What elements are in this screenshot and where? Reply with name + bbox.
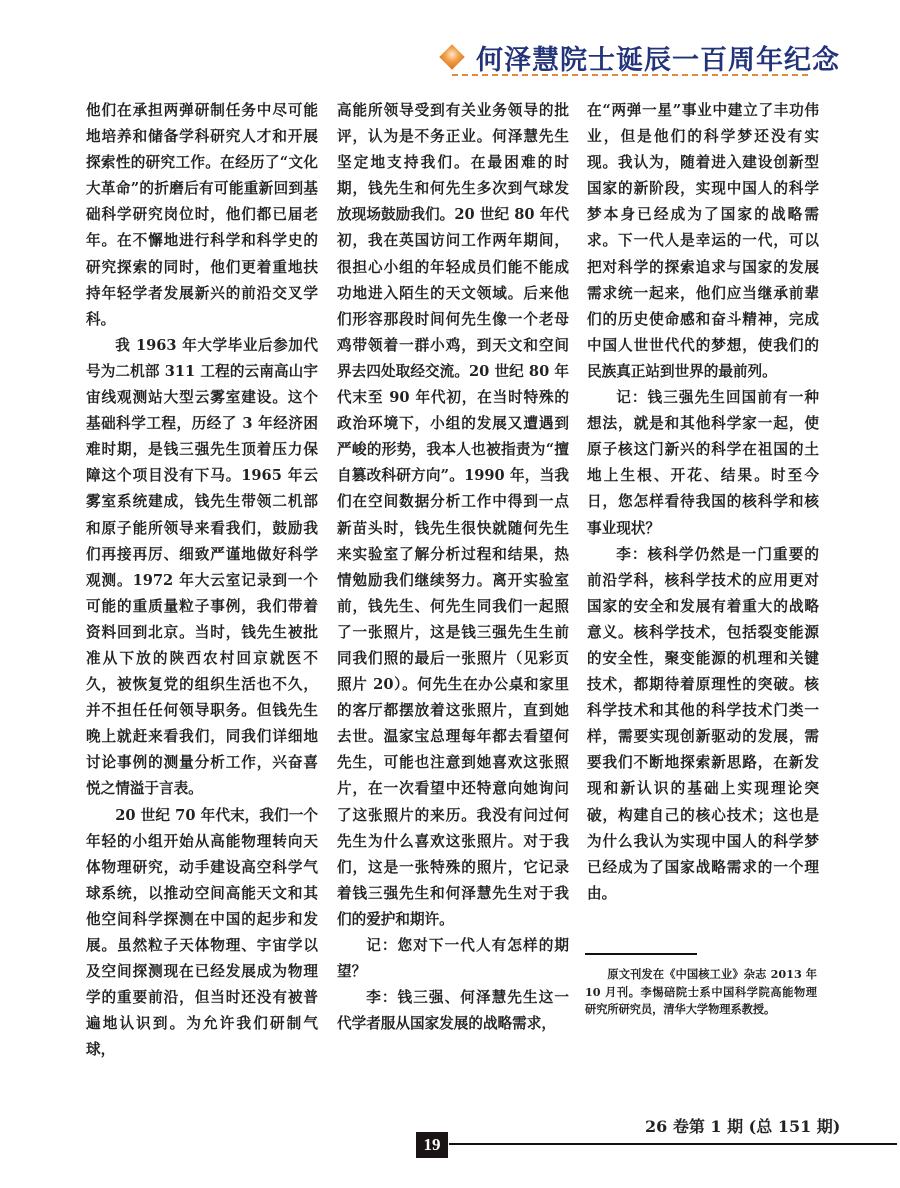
issue-label: 26 卷第 1 期 (总 151 期) [645, 1114, 840, 1137]
paragraph: 20 世纪 70 年代末，我们一个年轻的小组开始从高能物理转向天体物理研究，动手… [86, 803, 318, 1064]
column-3: 在“两弹一星”事业中建立了丰功伟业，但是他们的科学梦还没有实现。我认为，随着进入… [587, 98, 819, 907]
header-dashed-rule [452, 74, 808, 76]
interview-question: 记：钱三强先生回国前有一种想法，就是和其他科学家一起，使原子核这门新兴的科学在祖… [587, 385, 819, 542]
article-body: 他们在承担两弹研制任务中尽可能地培养和储备学科研究人才和开展探索性的研究工作。在… [86, 98, 826, 1098]
column-2: 高能所领导受到有关业务领导的批评，认为是不务正业。何泽慧先生坚定地支持我们。在最… [337, 98, 569, 1037]
paragraph: 在“两弹一星”事业中建立了丰功伟业，但是他们的科学梦还没有实现。我认为，随着进入… [587, 98, 819, 385]
footnote-divider [585, 953, 697, 955]
footnote-text: 原文刊发在《中国核工业》杂志 2013 年 10 月刊。李惕碚院士系中国科学院高… [585, 966, 817, 1019]
paragraph: 高能所领导受到有关业务领导的批评，认为是不务正业。何泽慧先生坚定地支持我们。在最… [337, 98, 569, 933]
footer-rule [449, 1143, 897, 1145]
diamond-bullet-icon [439, 44, 464, 69]
paragraph: 我 1963 年大学毕业后参加代号为二机部 311 工程的云南高山宇宙线观测站大… [86, 333, 318, 803]
section-header: 何泽慧院士诞辰一百周年纪念 [438, 36, 818, 76]
column-1: 他们在承担两弹研制任务中尽可能地培养和储备学科研究人才和开展探索性的研究工作。在… [86, 98, 318, 1063]
interview-question: 记：您对下一代人有怎样的期望？ [337, 933, 569, 985]
section-title: 何泽慧院士诞辰一百周年纪念 [476, 38, 840, 77]
interview-answer: 李：钱三强、何泽慧先生这一代学者服从国家发展的战略需求， [337, 985, 569, 1037]
paragraph: 他们在承担两弹研制任务中尽可能地培养和储备学科研究人才和开展探索性的研究工作。在… [86, 98, 318, 333]
footnote: 原文刊发在《中国核工业》杂志 2013 年 10 月刊。李惕碚院士系中国科学院高… [585, 966, 817, 1019]
interview-answer: 李：核科学仍然是一门重要的前沿学科，核科学技术的应用更对国家的安全和发展有着重大… [587, 542, 819, 907]
page-number: 19 [416, 1132, 448, 1158]
